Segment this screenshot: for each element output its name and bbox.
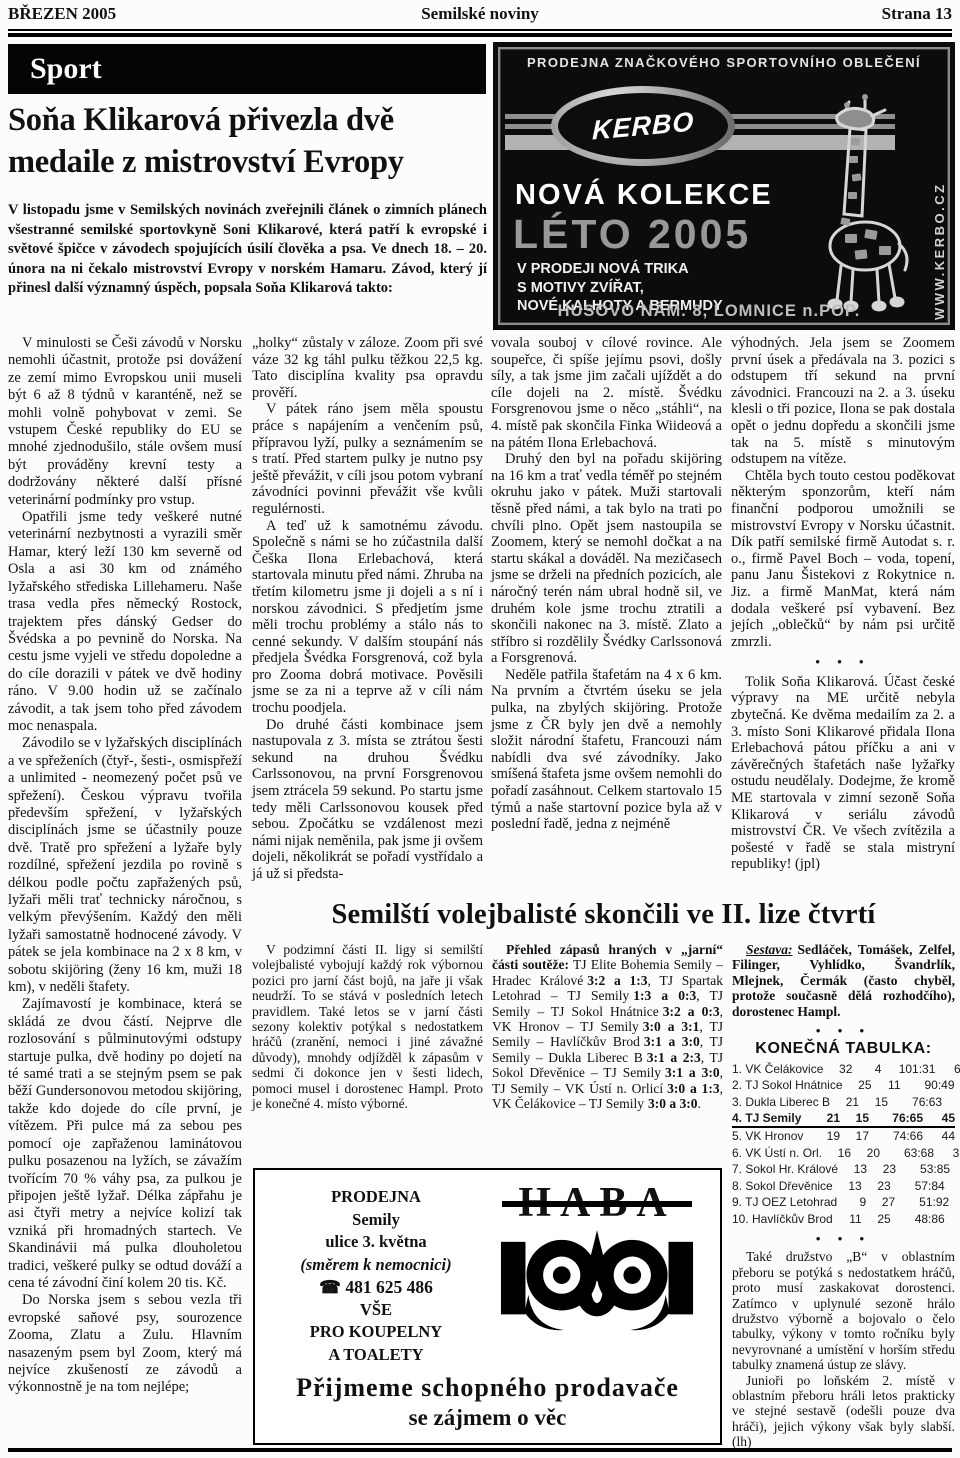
set-ratio: 74:66: [873, 1128, 923, 1144]
haba-offer-line: A TOALETY: [265, 1344, 487, 1367]
table-row: 10. Havlíčkův Brod 11 25 48:86 25: [732, 1211, 955, 1227]
phone-number: 481 625 486: [345, 1277, 433, 1297]
dots-separator: • • •: [732, 1231, 955, 1246]
ski-column-2: „holky“ zůstaly v záloze. Zoom při své v…: [252, 335, 483, 883]
points: 66: [939, 1061, 960, 1077]
match-separator: ,: [700, 1034, 710, 1049]
match-separator: ,: [720, 1004, 723, 1019]
paragraph: Junioři po loňském 2. místě v oblastním …: [732, 1373, 955, 1450]
match-score: 3:2 a 1:3: [587, 973, 647, 988]
match-score: 3:0 a 3:1: [643, 1019, 700, 1034]
final-table-title: KONEČNÁ TABULKA:: [732, 1041, 955, 1056]
match-score: 3:1 a 2:3: [647, 1050, 701, 1065]
match-teams: VK Čelákovice – TJ Semily: [492, 1096, 644, 1111]
paragraph: Také družstvo „B“ v oblastním přeboru se…: [732, 1249, 955, 1372]
match-score: 3:0 a 3:0: [648, 1096, 698, 1111]
haba-store-line: PRODEJNA: [265, 1186, 487, 1209]
match-item: VK Hronov – TJ Semily3:0 a 3:1,: [492, 1019, 710, 1034]
team-name: 5. VK Hronov: [732, 1128, 811, 1144]
match-list: TJ Elite Bohemia Semily – Hradec Králové…: [492, 957, 723, 1111]
paragraph: Tolik Soňa Klikarová. Účast české výprav…: [731, 674, 955, 873]
wins: 21: [815, 1110, 840, 1126]
team-name: 10. Havlíčkův Brod: [732, 1211, 833, 1227]
match-item: TJ Semily – VK Ústí n. Orlicí3:0 a 1:3,: [492, 1081, 723, 1096]
hiring-line-1: Přijmeme schopného prodavače: [255, 1373, 720, 1403]
haba-phone-line: ☎ 481 625 486: [265, 1276, 487, 1299]
team-name: 2. TJ Sokol Hnátnice: [732, 1077, 843, 1093]
phone-icon: ☎: [319, 1277, 341, 1297]
points: 25: [949, 1211, 960, 1227]
ski-article-headline: Soňa Klikarová přivezla dvě medaile z mi…: [8, 100, 491, 183]
points: 31: [954, 1161, 960, 1177]
kerbo-brand-wordmark: KERBO: [592, 106, 695, 146]
section-banner-sport: Sport: [8, 44, 486, 94]
set-ratio: 48:86: [895, 1211, 945, 1227]
giraffe-illustration: [821, 94, 913, 312]
table-row: 1. VK Čelákovice 32 4 101:31 66: [732, 1061, 955, 1077]
haba-offer-line: VŠE: [265, 1299, 487, 1322]
losses: 20: [855, 1145, 880, 1161]
masthead-rule: [8, 33, 952, 37]
match-score: 3:1 a 3:0: [644, 1034, 700, 1049]
match-separator: ,: [696, 988, 709, 1003]
losses: 4: [856, 1061, 881, 1077]
match-item: VK Čelákovice – TJ Semily3:0 a 3:0.: [492, 1096, 701, 1111]
set-ratio: 90:49: [905, 1077, 955, 1093]
wins: 19: [815, 1128, 840, 1144]
match-separator: ,: [720, 1081, 723, 1096]
haba-logo: HABA: [494, 1182, 700, 1347]
kerbo-tagline: PRODEJNA ZNAČKOVÉHO SPORTOVNÍHO OBLEČENÍ: [493, 55, 955, 70]
haba-brand-wordmark: HABA: [516, 1182, 677, 1224]
haba-offer-line: PRO KOUPELNY: [265, 1321, 487, 1344]
match-score: 1:3 a 0:3: [633, 988, 696, 1003]
table-row: 5. VK Hronov 19 17 74:66 44: [732, 1128, 955, 1144]
losses: 11: [876, 1077, 901, 1093]
paragraph: V podzimní části II. ligy si semilští vo…: [252, 942, 483, 1111]
match-separator: .: [697, 1096, 700, 1111]
owl-illustration: [499, 1224, 695, 1342]
wins: 32: [827, 1061, 852, 1077]
newspaper-title: Semilské noviny: [421, 4, 539, 24]
losses: 27: [870, 1194, 895, 1210]
match-separator: ,: [699, 1019, 709, 1034]
lineup-label: Sestava:: [746, 942, 793, 957]
table-row: 7. Sokol Hr. Králové 13 23 53:85 31: [732, 1161, 955, 1177]
set-ratio: 53:85: [900, 1161, 950, 1177]
losses: 23: [871, 1161, 896, 1177]
kerbo-address: HUSOVO NÁM. 8, LOMNICE n.POP.: [493, 302, 925, 321]
match-score: 3:2 a 0:3: [663, 1004, 720, 1019]
haba-ad: PRODEJNASemilyulice 3. května(směrem k n…: [253, 1168, 722, 1445]
losses: 17: [844, 1128, 869, 1144]
paragraph: Neděle patřila štafetám na 4 x 6 km. Na …: [491, 667, 722, 833]
haba-store-lines: PRODEJNASemilyulice 3. května(směrem k n…: [265, 1186, 487, 1276]
kerbo-website: www.kerbo.cz: [932, 130, 947, 320]
final-table: 1. VK Čelákovice 32 4 101:31 66 2. TJ So…: [732, 1061, 955, 1227]
hiring-notice: Přijmeme schopného prodavače se zájmem o…: [255, 1373, 720, 1431]
ski-column-4b: Tolik Soňa Klikarová. Účast české výprav…: [731, 674, 955, 873]
set-ratio: 101:31: [885, 1061, 935, 1077]
wins: 9: [841, 1194, 866, 1210]
team-name: 1. VK Čelákovice: [732, 1061, 823, 1077]
paragraph: Závodilo se v lyžařských disciplínách a …: [8, 735, 242, 996]
points: 30: [949, 1178, 960, 1194]
match-score: 3:1 a 3:0: [665, 1065, 720, 1080]
table-row: 4. TJ Semily 21 15 76:65 45: [732, 1110, 955, 1128]
volleyball-headline: Semilští volejbalisté skončili ve II. li…: [252, 899, 955, 931]
ski-column-3: vovala souboj v cílové rovince. Ale soup…: [491, 335, 722, 833]
set-ratio: 63:68: [884, 1145, 934, 1161]
team-name: 4. TJ Semily: [732, 1110, 811, 1126]
paragraph: Druhý den byl na pořadu skijöring na 16 …: [491, 451, 722, 667]
lineup-paragraph: Sestava:Sedláček, Tomášek, Zelfel, Filin…: [732, 942, 955, 1019]
table-row: 6. VK Ústí n. Orl. 16 20 63:68 36: [732, 1145, 955, 1161]
kerbo-product-line: S MOTIVY ZVÍŘAT,: [517, 279, 723, 298]
team-name: 8. Sokol Dřevěnice: [732, 1178, 833, 1194]
team-name: 3. Dukla Liberec B: [732, 1094, 830, 1110]
table-row: 9. TJ OEZ Letohrad 9 27 51:92 26: [732, 1194, 955, 1210]
ski-column-4: výhodných. Jela jsem se Zoomem první úse…: [731, 335, 955, 873]
match-score: 3:0 a 1:3: [667, 1081, 720, 1096]
volleyball-right-column: Sestava:Sedláček, Tomášek, Zelfel, Filin…: [732, 942, 955, 1450]
newspaper-page: BŘEZEN 2005 Semilské noviny Strana 13 Sp…: [0, 0, 960, 1458]
kerbo-ad: PRODEJNA ZNAČKOVÉHO SPORTOVNÍHO OBLEČENÍ…: [493, 42, 955, 330]
dots-separator: • • •: [732, 1023, 955, 1038]
haba-store-line: (směrem k nemocnici): [265, 1254, 487, 1277]
paragraph: Do Norska jsem s sebou vezla tři evropsk…: [8, 1292, 242, 1396]
match-teams: VK Hronov – TJ Semily: [492, 1019, 639, 1034]
points: 26: [953, 1194, 960, 1210]
haba-strike-bar: [502, 1201, 691, 1207]
paragraph: Chtěla bych touto cestou poděkovat někte…: [731, 468, 955, 651]
match-separator: ,: [648, 973, 660, 988]
set-ratio: 76:63: [892, 1094, 942, 1110]
team-name: 6. VK Ústí n. Orl.: [732, 1145, 822, 1161]
set-ratio: 57:84: [895, 1178, 945, 1194]
paragraph: výhodných. Jela jsem se Zoomem první úse…: [731, 335, 955, 468]
wins: 11: [837, 1211, 862, 1227]
points: 46: [946, 1094, 960, 1110]
results-paragraph: Přehled zápasů hraných v „jarní“ části s…: [492, 942, 723, 1111]
haba-store-line: Semily: [265, 1209, 487, 1232]
match-separator: ,: [720, 1065, 723, 1080]
page-bottom-rule: [8, 1448, 952, 1452]
wins: 16: [826, 1145, 851, 1161]
wins: 25: [847, 1077, 872, 1093]
paragraph: V pátek ráno jsem měla spoustu práce s n…: [252, 401, 483, 517]
ski-article-lead: V listopadu jsme v Semilských novinách z…: [8, 201, 487, 299]
losses: 23: [866, 1178, 891, 1194]
haba-offer-lines: VŠEPRO KOUPELNYA TOALETY: [265, 1299, 487, 1367]
table-row: 2. TJ Sokol Hnátnice 25 11 90:49 56: [732, 1077, 955, 1093]
kerbo-product-line: V PRODEJI NOVÁ TRIKA: [517, 260, 723, 279]
paragraph: vovala souboj v cílové rovince. Ale soup…: [491, 335, 722, 451]
paragraph: Zajímavostí je kombinace, která se sklád…: [8, 996, 242, 1292]
section-label: Sport: [30, 52, 102, 85]
points: 36: [938, 1145, 960, 1161]
haba-store-info: PRODEJNASemilyulice 3. května(směrem k n…: [265, 1186, 487, 1366]
haba-store-line: ulice 3. května: [265, 1231, 487, 1254]
kerbo-collection-line: NOVÁ KOLEKCE: [515, 179, 773, 212]
kerbo-logo-inner: KERBO: [558, 93, 728, 159]
losses: 15: [863, 1094, 888, 1110]
table-row: 3. Dukla Liberec B 21 15 76:63 46: [732, 1094, 955, 1110]
points: 44: [927, 1128, 955, 1144]
team-name: 7. Sokol Hr. Králové: [732, 1161, 838, 1177]
team-name: 9. TJ OEZ Letohrad: [732, 1194, 837, 1210]
table-row: 8. Sokol Dřevěnice 13 23 57:84 30: [732, 1178, 955, 1194]
points: 45: [927, 1110, 955, 1126]
hiring-line-2: se zájmem o věc: [255, 1405, 720, 1431]
issue-date: BŘEZEN 2005: [8, 4, 116, 24]
match-separator: ,: [701, 1050, 710, 1065]
losses: 15: [844, 1110, 869, 1126]
masthead: BŘEZEN 2005 Semilské noviny Strana 13: [8, 4, 952, 31]
paragraph: A teď už k samotnému závodu. Společně s …: [252, 518, 483, 717]
set-ratio: 51:92: [899, 1194, 949, 1210]
paragraph: „holky“ zůstaly v záloze. Zoom při své v…: [252, 335, 483, 401]
wins: 21: [834, 1094, 859, 1110]
paragraph: Do druhé části kombinace jsem nastupoval…: [252, 717, 483, 883]
paragraph: Opatřili jsme tedy veškeré nutné veterin…: [8, 509, 242, 735]
match-teams: TJ Semily – VK Ústí n. Orlicí: [492, 1081, 663, 1096]
page-number: Strana 13: [882, 4, 952, 24]
ski-column-4a: výhodných. Jela jsem se Zoomem první úse…: [731, 335, 955, 650]
losses: 25: [866, 1211, 891, 1227]
dots-separator: • • •: [731, 654, 955, 671]
kerbo-logo: KERBO: [551, 86, 735, 166]
set-ratio: 76:65: [873, 1110, 923, 1126]
wins: 13: [837, 1178, 862, 1194]
wins: 13: [842, 1161, 867, 1177]
ski-column-1: V minulosti se Češi závodů v Norsku nemo…: [8, 335, 242, 1397]
paragraph: V minulosti se Češi závodů v Norsku nemo…: [8, 335, 242, 509]
kerbo-season-line: LÉTO 2005: [513, 211, 751, 258]
after-table-paragraphs: Také družstvo „B“ v oblastním přeboru se…: [732, 1249, 955, 1449]
